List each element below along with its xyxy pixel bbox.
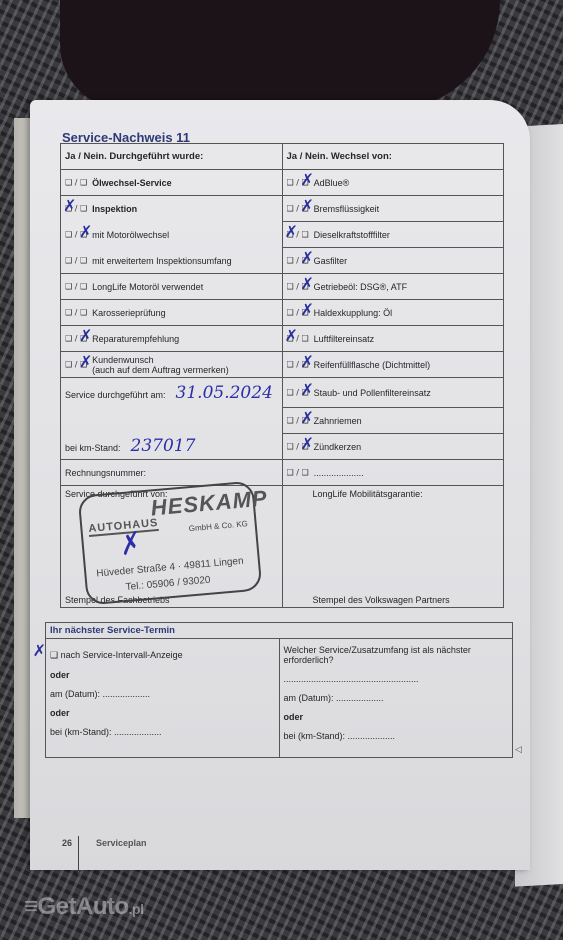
- table-row: ❑ / ❑✗Kundenwunsch (auch auf dem Auftrag…: [61, 352, 504, 378]
- yes-no-checkbox[interactable]: ❑ / ❑✗: [287, 256, 309, 265]
- yes-no-checkbox[interactable]: ❑ / ❑✗: [65, 360, 87, 369]
- table-row: Service durchgeführt am:31.05.2024❑ / ❑✗…: [61, 378, 504, 408]
- or-label: oder: [284, 712, 509, 722]
- right-item[interactable]: ❑ / ❑✗Gasfilter: [282, 248, 504, 274]
- table-row: ❑ / ❑LongLife Motoröl verwendet❑ / ❑✗Get…: [61, 274, 504, 300]
- right-item[interactable]: ❑ / ❑✗Staub- und Pollenfiltereinsatz: [282, 378, 504, 408]
- right-item-label: Staub- und Pollenfiltereinsatz: [314, 388, 431, 398]
- left-header: Ja / Nein. Durchgeführt wurde:: [61, 144, 283, 170]
- right-item-label: Bremsflüssigkeit: [314, 204, 380, 214]
- check-mark-icon: ✗: [285, 328, 298, 344]
- yes-no-checkbox[interactable]: ❑ / ❑✗: [287, 334, 309, 343]
- check-mark-icon: ✗: [301, 436, 314, 452]
- yes-no-checkbox[interactable]: ❑ / ❑: [65, 282, 87, 291]
- check-mark-icon: ✗: [301, 410, 314, 426]
- next-date-field[interactable]: am (Datum): ...................: [50, 689, 275, 699]
- yes-no-checkbox[interactable]: ❑ / ❑: [287, 468, 309, 477]
- check-mark-icon: ✗: [285, 224, 298, 240]
- right-item-label: Reifenfüllflasche (Dichtmittel): [314, 360, 431, 370]
- right-item[interactable]: ❑ / ❑✗Reifenfüllflasche (Dichtmittel): [282, 352, 504, 378]
- left-item-label: Inspektion: [92, 204, 137, 214]
- yes-no-checkbox[interactable]: ❑ / ❑✗: [287, 416, 309, 425]
- right-item-label: Zündkerzen: [314, 442, 362, 452]
- check-mark-icon: ✗: [301, 172, 314, 188]
- left-item-label: Reparaturempfehlung: [92, 334, 179, 344]
- partner-stamp-area: LongLife Mobilitätsgarantie:Stempel des …: [282, 486, 504, 608]
- left-item-label: mit Motorölwechsel: [92, 230, 169, 240]
- workshop-stamp: AUTOHAUS HESKAMP GmbH & Co. KG Hüveder S…: [78, 481, 263, 606]
- left-item[interactable]: ❑ / ❑✗Reparaturempfehlung: [61, 326, 283, 352]
- footer-divider: [78, 836, 79, 874]
- right-item[interactable]: ❑ / ❑✗Haldexkupplung: Öl: [282, 300, 504, 326]
- partner-stamp-label: Stempel des Volkswagen Partners: [313, 595, 450, 605]
- stamp-phone: Tel.: 05906 / 93020: [125, 575, 211, 593]
- right-item[interactable]: ❑ / ❑✗Bremsflüssigkeit: [282, 196, 504, 222]
- right-item-label: ....................: [314, 468, 364, 478]
- next-km-field[interactable]: bei (km-Stand): ...................: [50, 727, 275, 737]
- next-service-scope-field[interactable]: ........................................…: [284, 674, 509, 684]
- or-label: oder: [50, 670, 275, 680]
- left-item[interactable]: ❑ / ❑LongLife Motoröl verwendet: [61, 274, 283, 300]
- left-item-label: Karosserieprüfung: [92, 308, 166, 318]
- blank-cell: [61, 408, 283, 434]
- check-mark-icon: ✗: [63, 198, 76, 214]
- yes-no-checkbox[interactable]: ❑ / ❑✗: [287, 308, 309, 317]
- or-label: oder: [50, 708, 275, 718]
- section-label: Serviceplan: [96, 838, 147, 848]
- right-item-label: Luftfiltereinsatz: [314, 334, 375, 344]
- stamp-name: HESKAMP: [150, 485, 269, 521]
- km-field-label: bei km-Stand:: [65, 443, 121, 453]
- check-mark-icon: ✗: [301, 276, 314, 292]
- next-service-right: Welcher Service/Zusatzumfang ist als näc…: [279, 639, 513, 757]
- check-mark-icon: ✗: [79, 224, 92, 240]
- right-header: Ja / Nein. Wechsel von:: [282, 144, 504, 170]
- check-mark-icon: ✗: [79, 328, 92, 344]
- left-item-label: Kundenwunsch (auch auf dem Auftrag verme…: [92, 355, 229, 375]
- yes-no-checkbox[interactable]: ❑ / ❑✗: [287, 204, 309, 213]
- service-date-field[interactable]: Service durchgeführt am:31.05.2024: [61, 378, 283, 408]
- yes-no-checkbox[interactable]: ❑ / ❑✗: [287, 442, 309, 451]
- stamp-address: Hüveder Straße 4 · 49811 Lingen: [96, 556, 244, 580]
- yes-no-checkbox[interactable]: ❑ / ❑✗: [65, 204, 87, 213]
- check-mark-icon: ✗: [301, 354, 314, 370]
- yes-no-checkbox[interactable]: ❑ / ❑✗: [65, 230, 87, 239]
- yes-no-checkbox[interactable]: ❑ / ❑: [65, 256, 87, 265]
- km-field[interactable]: bei km-Stand:237017: [61, 434, 283, 460]
- left-item[interactable]: ❑ / ❑✗Kundenwunsch (auch auf dem Auftrag…: [61, 352, 283, 378]
- yes-no-checkbox[interactable]: ❑ / ❑: [65, 308, 87, 317]
- stamp-company: GmbH & Co. KG: [188, 519, 248, 533]
- next-service-left: ❑ nach Service-Intervall-Anzeige✗ oder a…: [46, 639, 279, 757]
- check-mark-icon: ✗: [33, 641, 46, 660]
- check-mark-icon: ✗: [301, 382, 314, 398]
- table-row: ❑ / ❑Ölwechsel-Service❑ / ❑✗AdBlue®: [61, 170, 504, 196]
- check-mark-icon: ✗: [301, 302, 314, 318]
- yes-no-checkbox[interactable]: ❑ / ❑✗: [287, 282, 309, 291]
- left-item[interactable]: ❑ / ❑✗Inspektion: [61, 196, 283, 222]
- right-item-label: AdBlue®: [314, 178, 350, 188]
- yes-no-checkbox[interactable]: ❑ / ❑✗: [65, 334, 87, 343]
- check-mark-icon: ✗: [79, 354, 92, 370]
- table-row: ❑ / ❑mit erweitertem Inspektionsumfang❑ …: [61, 248, 504, 274]
- table-row: ❑ / ❑Karosserieprüfung❑ / ❑✗Haldexkupplu…: [61, 300, 504, 326]
- right-item-label: Getriebeöl: DSG®, ATF: [314, 282, 408, 292]
- invoice-field[interactable]: Rechnungsnummer:: [61, 460, 283, 486]
- left-item-label: Ölwechsel-Service: [92, 178, 172, 188]
- yes-no-checkbox[interactable]: ❑ / ❑✗: [287, 360, 309, 369]
- right-item-label: Zahnriemen: [314, 416, 362, 426]
- right-item[interactable]: ❑ / ❑✗Dieselkraftstofffilter: [282, 222, 504, 248]
- km-field-value: 237017: [131, 436, 196, 456]
- left-item-label: LongLife Motoröl verwendet: [92, 282, 203, 292]
- right-item[interactable]: ❑ / ❑✗AdBlue®: [282, 170, 504, 196]
- mobility-guarantee-label: LongLife Mobilitätsgarantie:: [287, 486, 500, 499]
- continue-arrow-icon: ◁: [515, 744, 522, 755]
- next-date-field[interactable]: am (Datum): ...................: [284, 693, 509, 703]
- left-item[interactable]: ❑ / ❑mit erweitertem Inspektionsumfang: [61, 248, 283, 274]
- seat-shadow: [60, 0, 500, 110]
- table-row: ❑ / ❑✗Reparaturempfehlung❑ / ❑✗Luftfilte…: [61, 326, 504, 352]
- next-service-box: Ihr nächster Service-Termin ❑ nach Servi…: [45, 622, 513, 758]
- left-item-label: mit erweitertem Inspektionsumfang: [92, 256, 232, 266]
- right-item-label: Haldexkupplung: Öl: [314, 308, 393, 318]
- page-number: 26: [62, 838, 72, 848]
- service-date-field-label: Service durchgeführt am:: [65, 390, 166, 400]
- right-item[interactable]: ❑ / ❑✗Zündkerzen: [282, 434, 504, 460]
- right-item-label: Gasfilter: [314, 256, 348, 266]
- right-item-label: Dieselkraftstofffilter: [314, 230, 390, 240]
- watermark-logo: ≡GetAuto.pl: [24, 893, 144, 921]
- table-row: ❑ / ❑✗Inspektion❑ / ❑✗Bremsflüssigkeit: [61, 196, 504, 222]
- service-date-field-value: 31.05.2024: [176, 383, 273, 403]
- next-service-title: Ihr nächster Service-Termin: [46, 623, 512, 639]
- interval-option[interactable]: ❑ nach Service-Intervall-Anzeige✗: [50, 645, 275, 661]
- right-item[interactable]: ❑ / ❑....................: [282, 460, 504, 486]
- table-row: bei km-Stand:237017❑ / ❑✗Zündkerzen: [61, 434, 504, 460]
- yes-no-checkbox[interactable]: ❑ / ❑✗: [287, 388, 309, 397]
- yes-no-checkbox[interactable]: ❑ / ❑✗: [287, 178, 309, 187]
- right-item[interactable]: ❑ / ❑✗Zahnriemen: [282, 408, 504, 434]
- check-mark-icon: ✗: [301, 250, 314, 266]
- next-service-question: Welcher Service/Zusatzumfang ist als näc…: [284, 645, 509, 665]
- right-item[interactable]: ❑ / ❑✗Getriebeöl: DSG®, ATF: [282, 274, 504, 300]
- table-row: Rechnungsnummer:❑ / ❑...................…: [61, 460, 504, 486]
- yes-no-checkbox[interactable]: ❑ / ❑: [65, 178, 87, 187]
- next-km-field[interactable]: bei (km-Stand): ...................: [284, 731, 509, 741]
- left-item[interactable]: ❑ / ❑✗mit Motorölwechsel: [61, 222, 283, 248]
- left-item[interactable]: ❑ / ❑Karosserieprüfung: [61, 300, 283, 326]
- left-item[interactable]: ❑ / ❑Ölwechsel-Service: [61, 170, 283, 196]
- table-row: ❑ / ❑✗mit Motorölwechsel❑ / ❑✗Dieselkraf…: [61, 222, 504, 248]
- yes-no-checkbox[interactable]: ❑ / ❑✗: [287, 230, 309, 239]
- check-mark-icon: ✗: [301, 198, 314, 214]
- invoice-field-label: Rechnungsnummer:: [65, 468, 146, 478]
- right-item[interactable]: ❑ / ❑✗Luftfiltereinsatz: [282, 326, 504, 352]
